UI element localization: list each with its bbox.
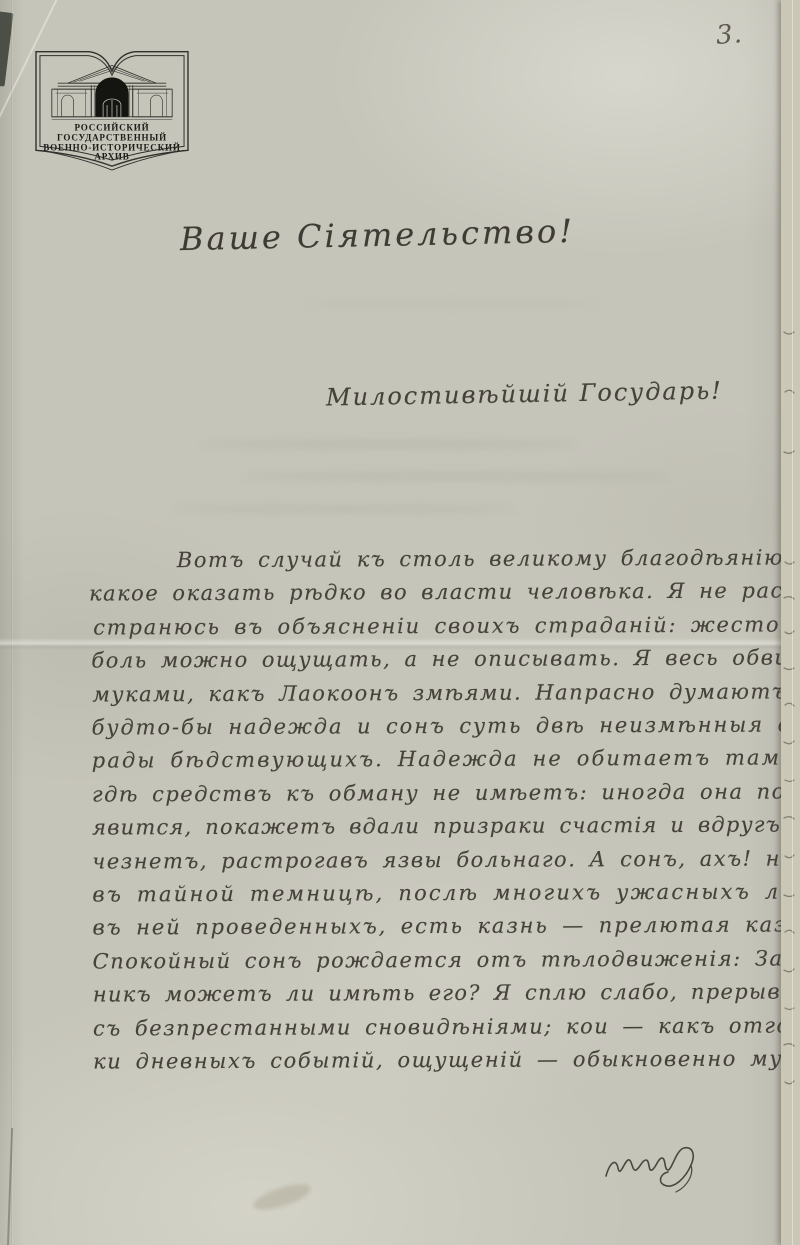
folio-page-number: 3. xyxy=(715,19,744,51)
letter-line: рады бѣдствующихъ. Надежда не обитаетъ т… xyxy=(92,742,786,778)
letter-line: муками, какъ Лаокоонъ змѣями. Напрасно д… xyxy=(92,675,785,711)
adjacent-page-ink-fragments xyxy=(781,0,800,1245)
letter-line: Спокойный сонъ рождается отъ тѣлодвижені… xyxy=(93,942,787,978)
salutation-primary: Ваше Сіятельство! xyxy=(180,212,576,258)
letter-body: Вотъ случай къ столь великому благодѣяні… xyxy=(91,541,787,1079)
catchword-scribble xyxy=(598,1138,718,1202)
page-fold-line xyxy=(792,0,793,1245)
letter-line: боль можно ощущать, а не описывать. Я ве… xyxy=(91,642,785,678)
letter-line: въ тайной темницѣ, послѣ многихъ ужасных… xyxy=(92,876,786,912)
blind-stamp-mark xyxy=(251,1179,314,1215)
letter-line: ки дневныхъ событій, ощущеній — обыкнове… xyxy=(93,1043,787,1079)
letter-line: гдѣ средствъ къ обману не имѣетъ: иногда… xyxy=(92,775,786,811)
show-through-smudge xyxy=(300,300,600,308)
archive-stamp: РОССИЙСКИЙ ГОСУДАРСТВЕННЫЙ ВОЕННО-ИСТОРИ… xyxy=(28,26,196,176)
stamp-text-line1: РОССИЙСКИЙ xyxy=(75,123,150,133)
letter-line: явится, покажетъ вдали призраки счастія … xyxy=(92,809,786,845)
letter-line: будто-бы надежда и сонъ суть двѣ неизмѣн… xyxy=(92,709,786,745)
letter-line: странюсь въ объясненіи своихъ страданій:… xyxy=(93,608,785,644)
paper-crease xyxy=(11,0,13,1245)
stamp-text-line4: АРХИВ xyxy=(94,152,129,162)
stamp-text-line2: ГОСУДАРСТВЕННЫЙ xyxy=(57,132,167,142)
archival-letter-page: РОССИЙСКИЙ ГОСУДАРСТВЕННЫЙ ВОЕННО-ИСТОРИ… xyxy=(0,0,800,1245)
letter-line: Вотъ случай къ столь великому благодѣяні… xyxy=(91,541,785,577)
letter-line: чезнетъ, растрогавъ язвы больнаго. А сон… xyxy=(92,842,786,878)
letter-line: какое оказать рѣдко во власти человѣка. … xyxy=(89,575,785,611)
salutation-secondary: Милостивѣйшій Государь! xyxy=(326,377,723,412)
adjacent-page-edge xyxy=(781,0,800,1245)
letter-line: въ ней проведенныхъ, есть казнь — прелют… xyxy=(92,909,786,945)
show-through-smudge xyxy=(170,505,520,513)
letter-line: съ безпрестанными сновидѣніями; кои — ка… xyxy=(93,1009,787,1045)
letter-line: никъ можетъ ли имѣть его? Я сплю слабо, … xyxy=(93,976,787,1012)
show-through-smudge xyxy=(200,440,580,449)
show-through-smudge xyxy=(240,472,670,481)
